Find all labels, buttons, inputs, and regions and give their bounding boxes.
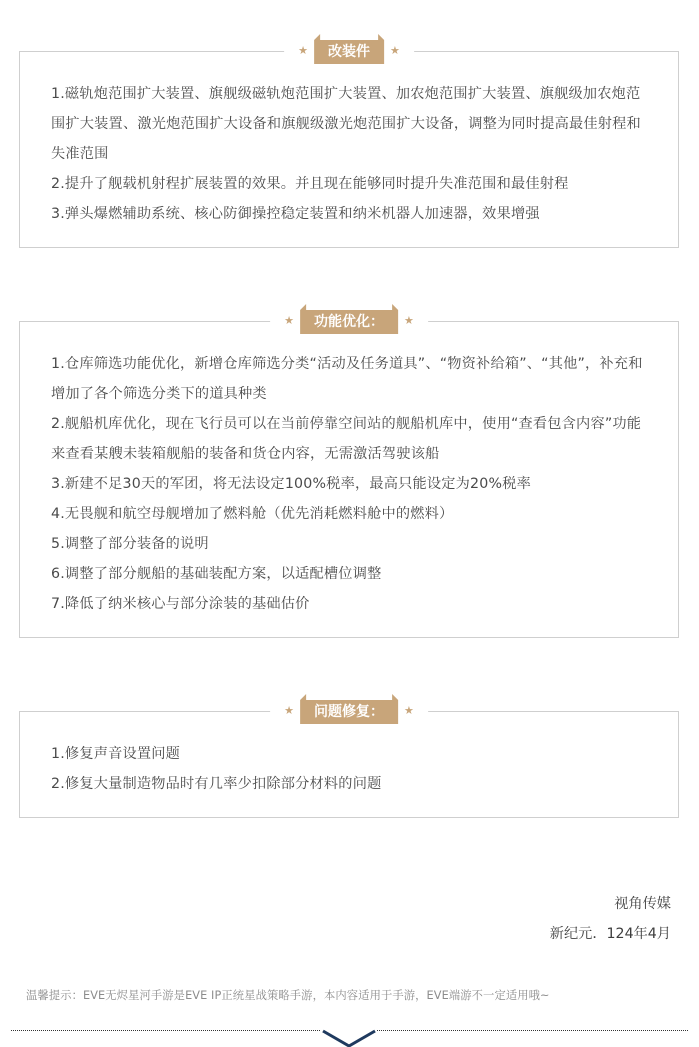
signature-organization: 视角传媒 xyxy=(614,893,671,913)
list-item: 4.无畏舰和航空母舰增加了燃料舱（优先消耗燃料舱中的燃料） xyxy=(51,499,648,529)
section-header: ★ 问题修复： ★ xyxy=(270,694,428,724)
item-list: 1.磁轨炮范围扩大装置、旗舰级磁轨炮范围扩大装置、加农炮范围扩大装置、旗舰级加农… xyxy=(20,52,678,229)
list-item: 5.调整了部分装备的说明 xyxy=(51,529,648,559)
star-icon: ★ xyxy=(298,45,308,56)
list-item: 1.磁轨炮范围扩大装置、旗舰级磁轨炮范围扩大装置、加农炮范围扩大装置、旗舰级加农… xyxy=(51,79,648,169)
list-item: 1.仓库筛选功能优化，新增仓库筛选分类“活动及任务道具”、“物资补给箱”、“其他… xyxy=(51,349,648,409)
item-list: 1.修复声音设置问题 2.修复大量制造物品时有几率少扣除部分材料的问题 xyxy=(20,712,678,799)
section-title: 功能优化： xyxy=(300,310,398,334)
chevron-down-icon[interactable] xyxy=(321,1029,377,1047)
list-item: 7.降低了纳米核心与部分涂装的基础估价 xyxy=(51,589,648,619)
list-item: 6.调整了部分舰船的基础装配方案，以适配槽位调整 xyxy=(51,559,648,589)
tip-text: 温馨提示：EVE无烬星河手游是EVE IP正统星战策略手游，本内容适用于手游，E… xyxy=(26,987,550,1003)
list-item: 3.新建不足30天的军团，将无法设定100%税率，最高只能设定为20%税率 xyxy=(51,469,648,499)
section-title: 问题修复： xyxy=(300,700,398,724)
section-title: 改装件 xyxy=(314,40,384,64)
star-icon: ★ xyxy=(284,315,294,326)
list-item: 3.弹头爆燃辅助系统、核心防御操控稳定装置和纳米机器人加速器，效果增强 xyxy=(51,199,648,229)
list-item: 1.修复声音设置问题 xyxy=(51,739,648,769)
signature-date: 新纪元．124年4月 xyxy=(550,923,671,943)
item-list: 1.仓库筛选功能优化，新增仓库筛选分类“活动及任务道具”、“物资补给箱”、“其他… xyxy=(20,322,678,619)
star-icon: ★ xyxy=(390,45,400,56)
section-header: ★ 功能优化： ★ xyxy=(270,304,428,334)
section-header: ★ 改装件 ★ xyxy=(284,34,414,64)
list-item: 2.提升了舰载机射程扩展装置的效果。并且现在能够同时提升失准范围和最佳射程 xyxy=(51,169,648,199)
list-item: 2.舰船机库优化，现在飞行员可以在当前停靠空间站的舰船机库中，使用“查看包含内容… xyxy=(51,409,648,469)
section-fixes: ★ 问题修复： ★ 1.修复声音设置问题 2.修复大量制造物品时有几率少扣除部分… xyxy=(19,711,679,818)
star-icon: ★ xyxy=(284,705,294,716)
section-modifications: ★ 改装件 ★ 1.磁轨炮范围扩大装置、旗舰级磁轨炮范围扩大装置、加农炮范围扩大… xyxy=(19,51,679,248)
section-optimizations: ★ 功能优化： ★ 1.仓库筛选功能优化，新增仓库筛选分类“活动及任务道具”、“… xyxy=(19,321,679,638)
list-item: 2.修复大量制造物品时有几率少扣除部分材料的问题 xyxy=(51,769,648,799)
star-icon: ★ xyxy=(404,315,414,326)
star-icon: ★ xyxy=(404,705,414,716)
